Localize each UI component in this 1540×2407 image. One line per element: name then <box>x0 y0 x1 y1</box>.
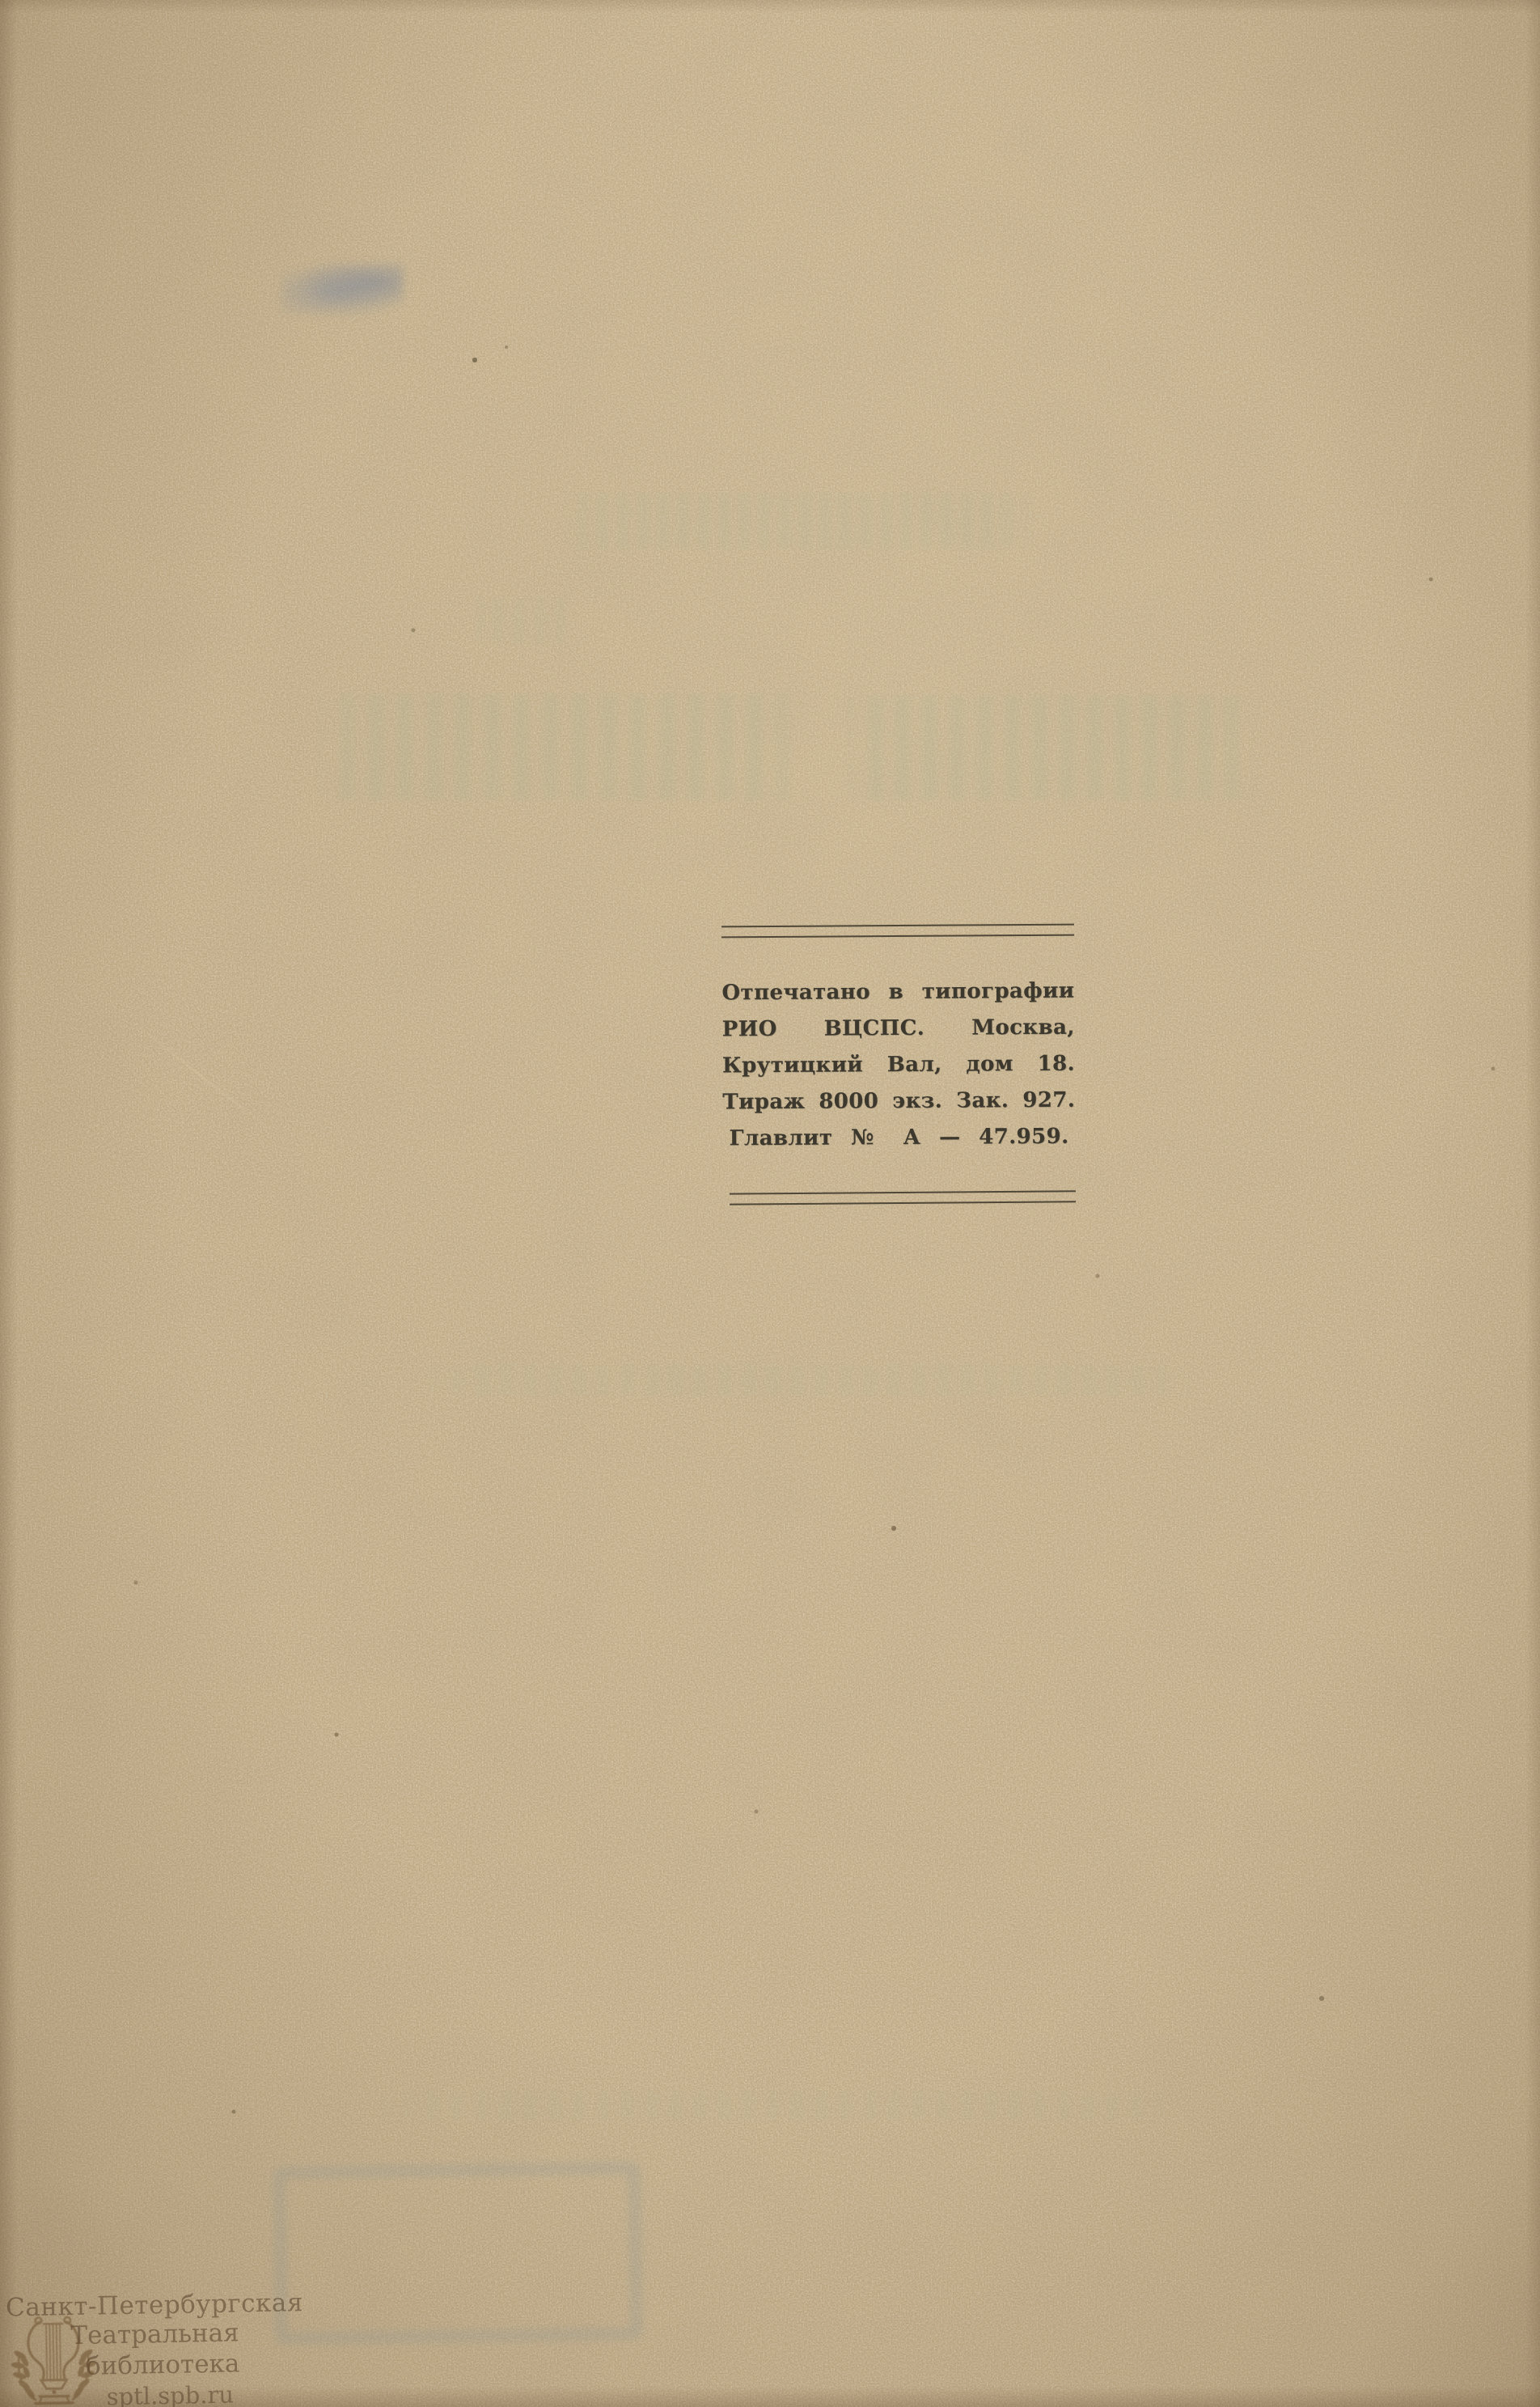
colophon-block: Отпечатано в типографии РИО ВЦСПС. Москв… <box>721 924 1076 1206</box>
colophon-line: Крутицкий Вал, дом 18. <box>722 1046 1075 1085</box>
colophon-line: Тираж 8000 экз. Зак. 927. <box>722 1083 1075 1121</box>
paper-crease <box>1383 328 1447 580</box>
watermark-library-name-line3: библиотека <box>86 2349 240 2380</box>
colophon-line: Отпечатано в типографии <box>721 973 1074 1012</box>
scanned-page: Отпечатано в типографии РИО ВЦСПС. Москв… <box>0 0 1540 2407</box>
library-watermark: Санкт-Петербургская <box>4 2289 240 2407</box>
watermark-library-name-line2: Театральная <box>70 2318 239 2350</box>
watermark-library-name-line1: Санкт-Петербургская <box>6 2288 303 2322</box>
watermark-website: sptl.spb.ru <box>106 2381 234 2407</box>
showthrough-bottom-line <box>356 2090 1201 2121</box>
showthrough-small-text <box>473 597 570 644</box>
colophon-line: Главлит № А — 47.959. <box>722 1119 1075 1158</box>
colophon-text: Отпечатано в типографии РИО ВЦСПС. Москв… <box>721 973 1075 1158</box>
lyre-laurel-icon <box>9 2312 98 2407</box>
showthrough-title-left <box>311 693 811 801</box>
colophon-line: РИО ВЦСПС. Москва, <box>722 1010 1075 1049</box>
paper-crease <box>119 1011 286 1142</box>
showthrough-heading-text <box>558 492 1039 550</box>
showthrough-stamp-outline <box>276 2164 641 2342</box>
colophon-top-rule <box>721 924 1074 939</box>
colophon-bottom-rule <box>730 1190 1076 1205</box>
showthrough-title-right <box>841 694 1262 801</box>
showthrough-mid-line <box>404 1364 1201 1396</box>
dust-specks <box>0 0 2 2</box>
erased-pencil-smudge <box>281 264 403 314</box>
